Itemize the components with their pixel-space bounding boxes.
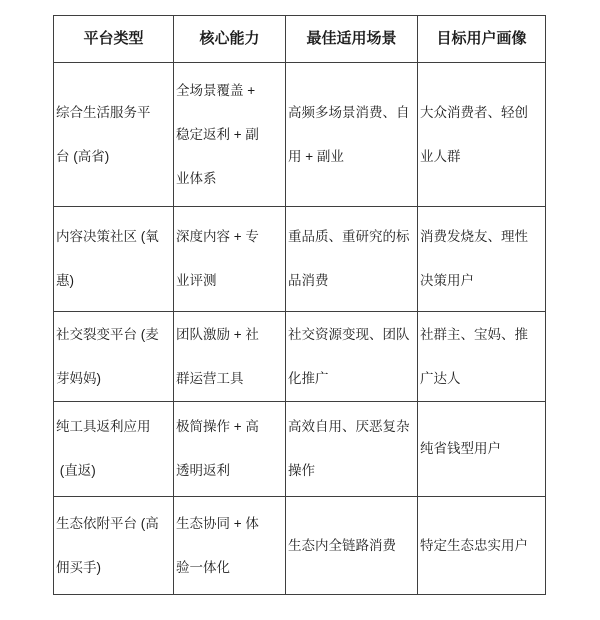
- cell-core-capability: 全场景覆盖 + 稳定返利 + 副 业体系: [174, 63, 286, 207]
- table-row: 综合生活服务平 台 (高省) 全场景覆盖 + 稳定返利 + 副 业体系 高频多场…: [54, 63, 546, 207]
- table-row: 社交裂变平台 (麦 芽妈妈) 团队激励 + 社 群运营工具 社交资源变现、团队 …: [54, 312, 546, 402]
- cell-target-users: 纯省钱型用户: [418, 402, 546, 497]
- cell-best-scenario: 社交资源变现、团队 化推广: [286, 312, 418, 402]
- document-page: 平台类型 核心能力 最佳适用场景 目标用户画像 综合生活服务平 台 (高省) 全…: [0, 0, 600, 620]
- platform-comparison-table: 平台类型 核心能力 最佳适用场景 目标用户画像 综合生活服务平 台 (高省) 全…: [53, 15, 546, 595]
- cell-best-scenario: 高效自用、厌恶复杂 操作: [286, 402, 418, 497]
- cell-target-users: 消费发烧友、理性 决策用户: [418, 207, 546, 312]
- cell-best-scenario: 生态内全链路消费: [286, 497, 418, 595]
- column-header-target-users: 目标用户画像: [418, 16, 546, 63]
- cell-core-capability: 生态协同 + 体 验一体化: [174, 497, 286, 595]
- table-row: 纯工具返利应用 (直返) 极简操作 + 高 透明返利 高效自用、厌恶复杂 操作 …: [54, 402, 546, 497]
- cell-target-users: 特定生态忠实用户: [418, 497, 546, 595]
- cell-target-users: 社群主、宝妈、推 广达人: [418, 312, 546, 402]
- cell-platform-type: 生态依附平台 (高 佣买手): [54, 497, 174, 595]
- cell-best-scenario: 高频多场景消费、自 用 + 副业: [286, 63, 418, 207]
- column-header-core-capability: 核心能力: [174, 16, 286, 63]
- table-row: 生态依附平台 (高 佣买手) 生态协同 + 体 验一体化 生态内全链路消费 特定…: [54, 497, 546, 595]
- column-header-platform-type: 平台类型: [54, 16, 174, 63]
- table-row: 内容决策社区 (氧 惠) 深度内容 + 专 业评测 重品质、重研究的标 品消费 …: [54, 207, 546, 312]
- cell-core-capability: 深度内容 + 专 业评测: [174, 207, 286, 312]
- column-header-best-scenario: 最佳适用场景: [286, 16, 418, 63]
- cell-platform-type: 综合生活服务平 台 (高省): [54, 63, 174, 207]
- cell-platform-type: 纯工具返利应用 (直返): [54, 402, 174, 497]
- cell-platform-type: 内容决策社区 (氧 惠): [54, 207, 174, 312]
- cell-platform-type: 社交裂变平台 (麦 芽妈妈): [54, 312, 174, 402]
- header-row: 平台类型 核心能力 最佳适用场景 目标用户画像: [54, 16, 546, 63]
- cell-core-capability: 极简操作 + 高 透明返利: [174, 402, 286, 497]
- cell-target-users: 大众消费者、轻创 业人群: [418, 63, 546, 207]
- cell-core-capability: 团队激励 + 社 群运营工具: [174, 312, 286, 402]
- cell-best-scenario: 重品质、重研究的标 品消费: [286, 207, 418, 312]
